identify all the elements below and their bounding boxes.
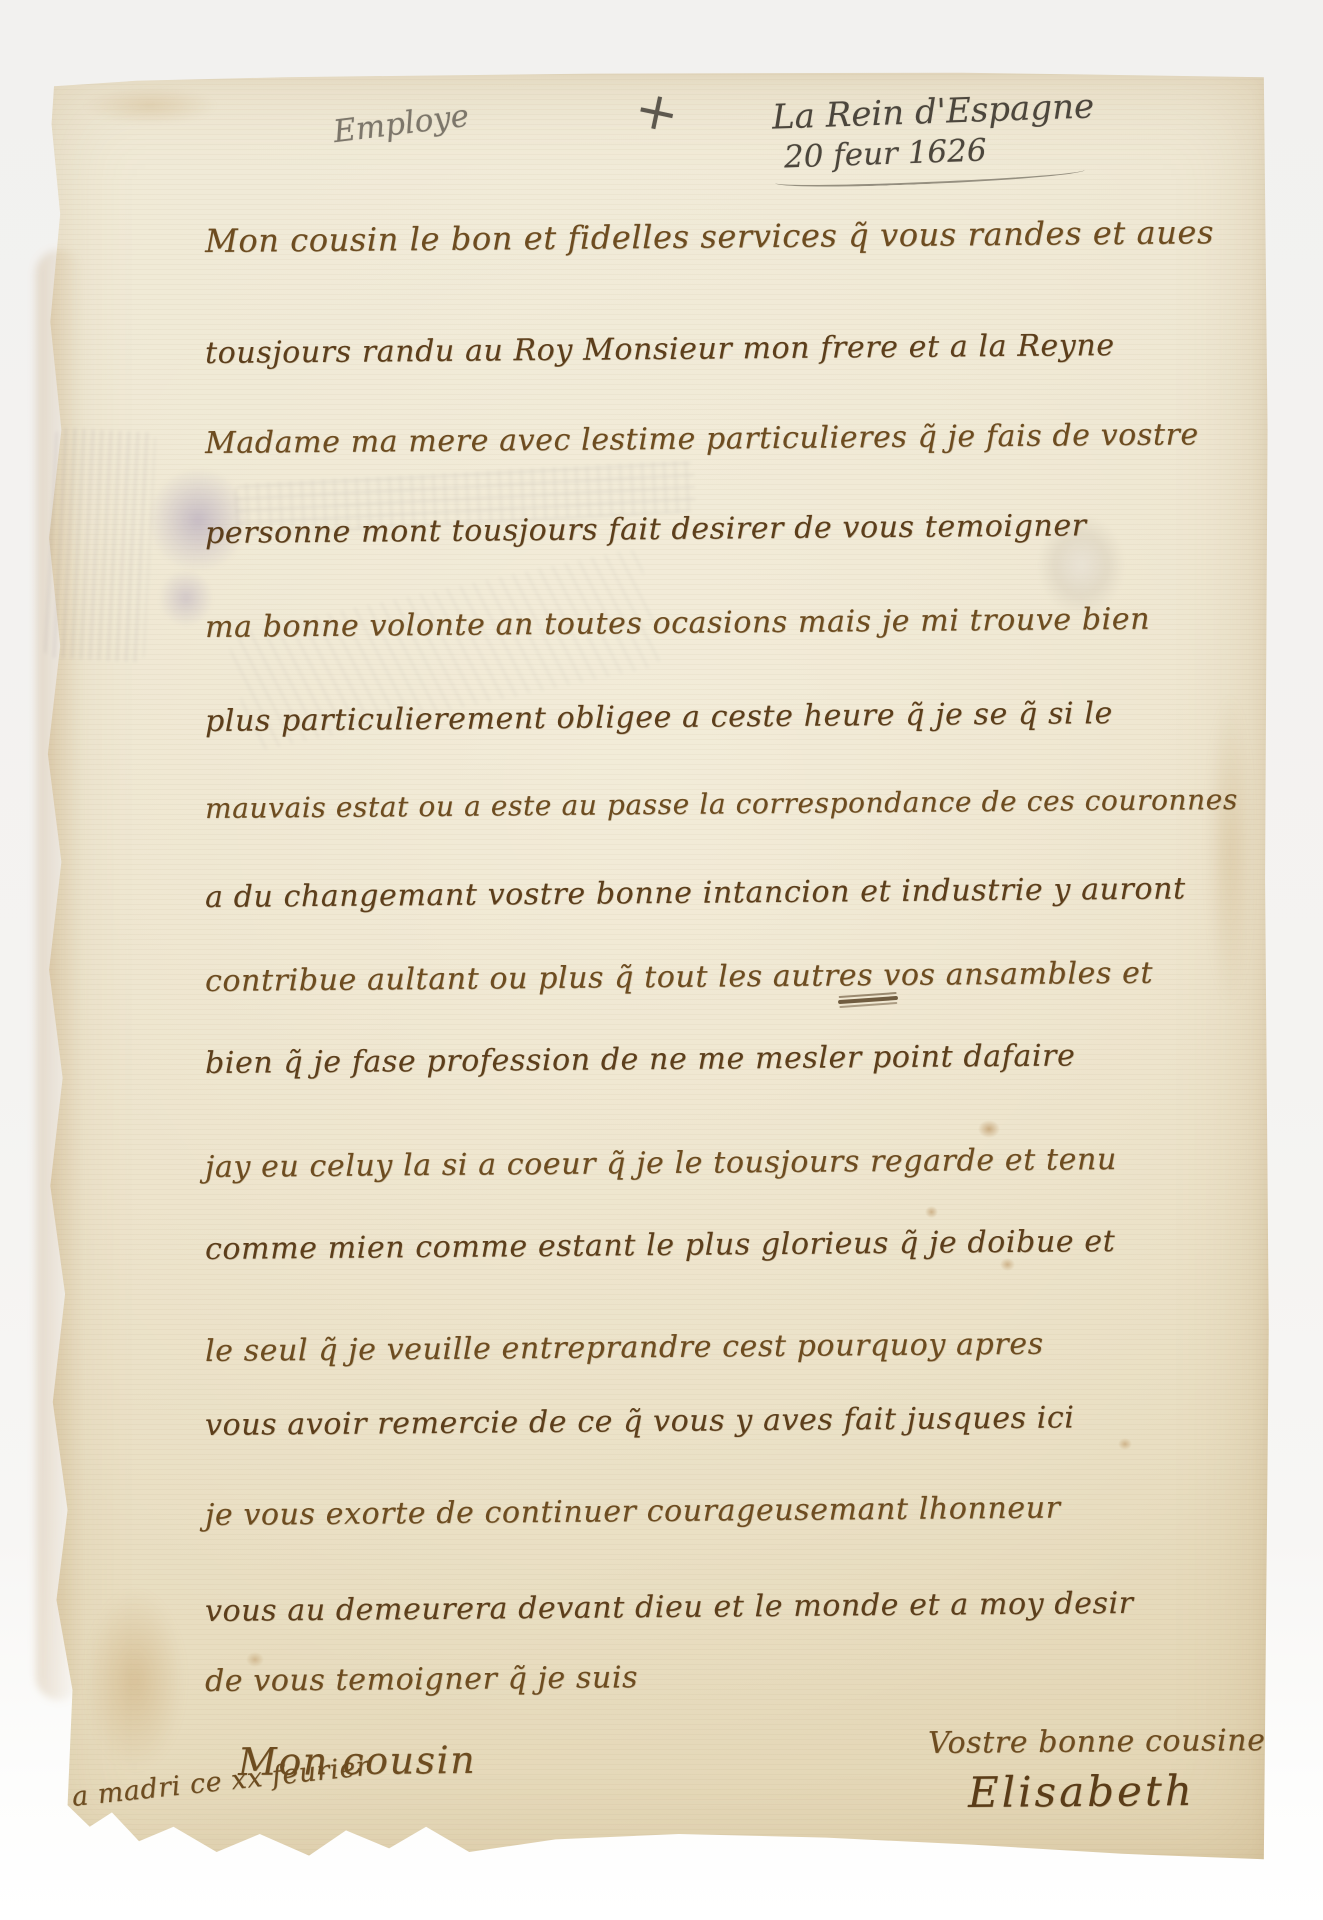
body-line-17: de vous temoigner q̃ je suis [205, 1660, 638, 1699]
valediction: Vostre bonne cousine [928, 1723, 1266, 1761]
body-line-15: je vous exorte de continuer courageusema… [205, 1491, 1061, 1533]
body-line-13: le seul q̃ je veuille entreprandre cest … [205, 1327, 1044, 1369]
signature-elisabeth: Elisabeth [968, 1766, 1195, 1817]
letter-photograph: Employe + La Rein d'Espagne 20 feur 1626… [0, 0, 1323, 1920]
